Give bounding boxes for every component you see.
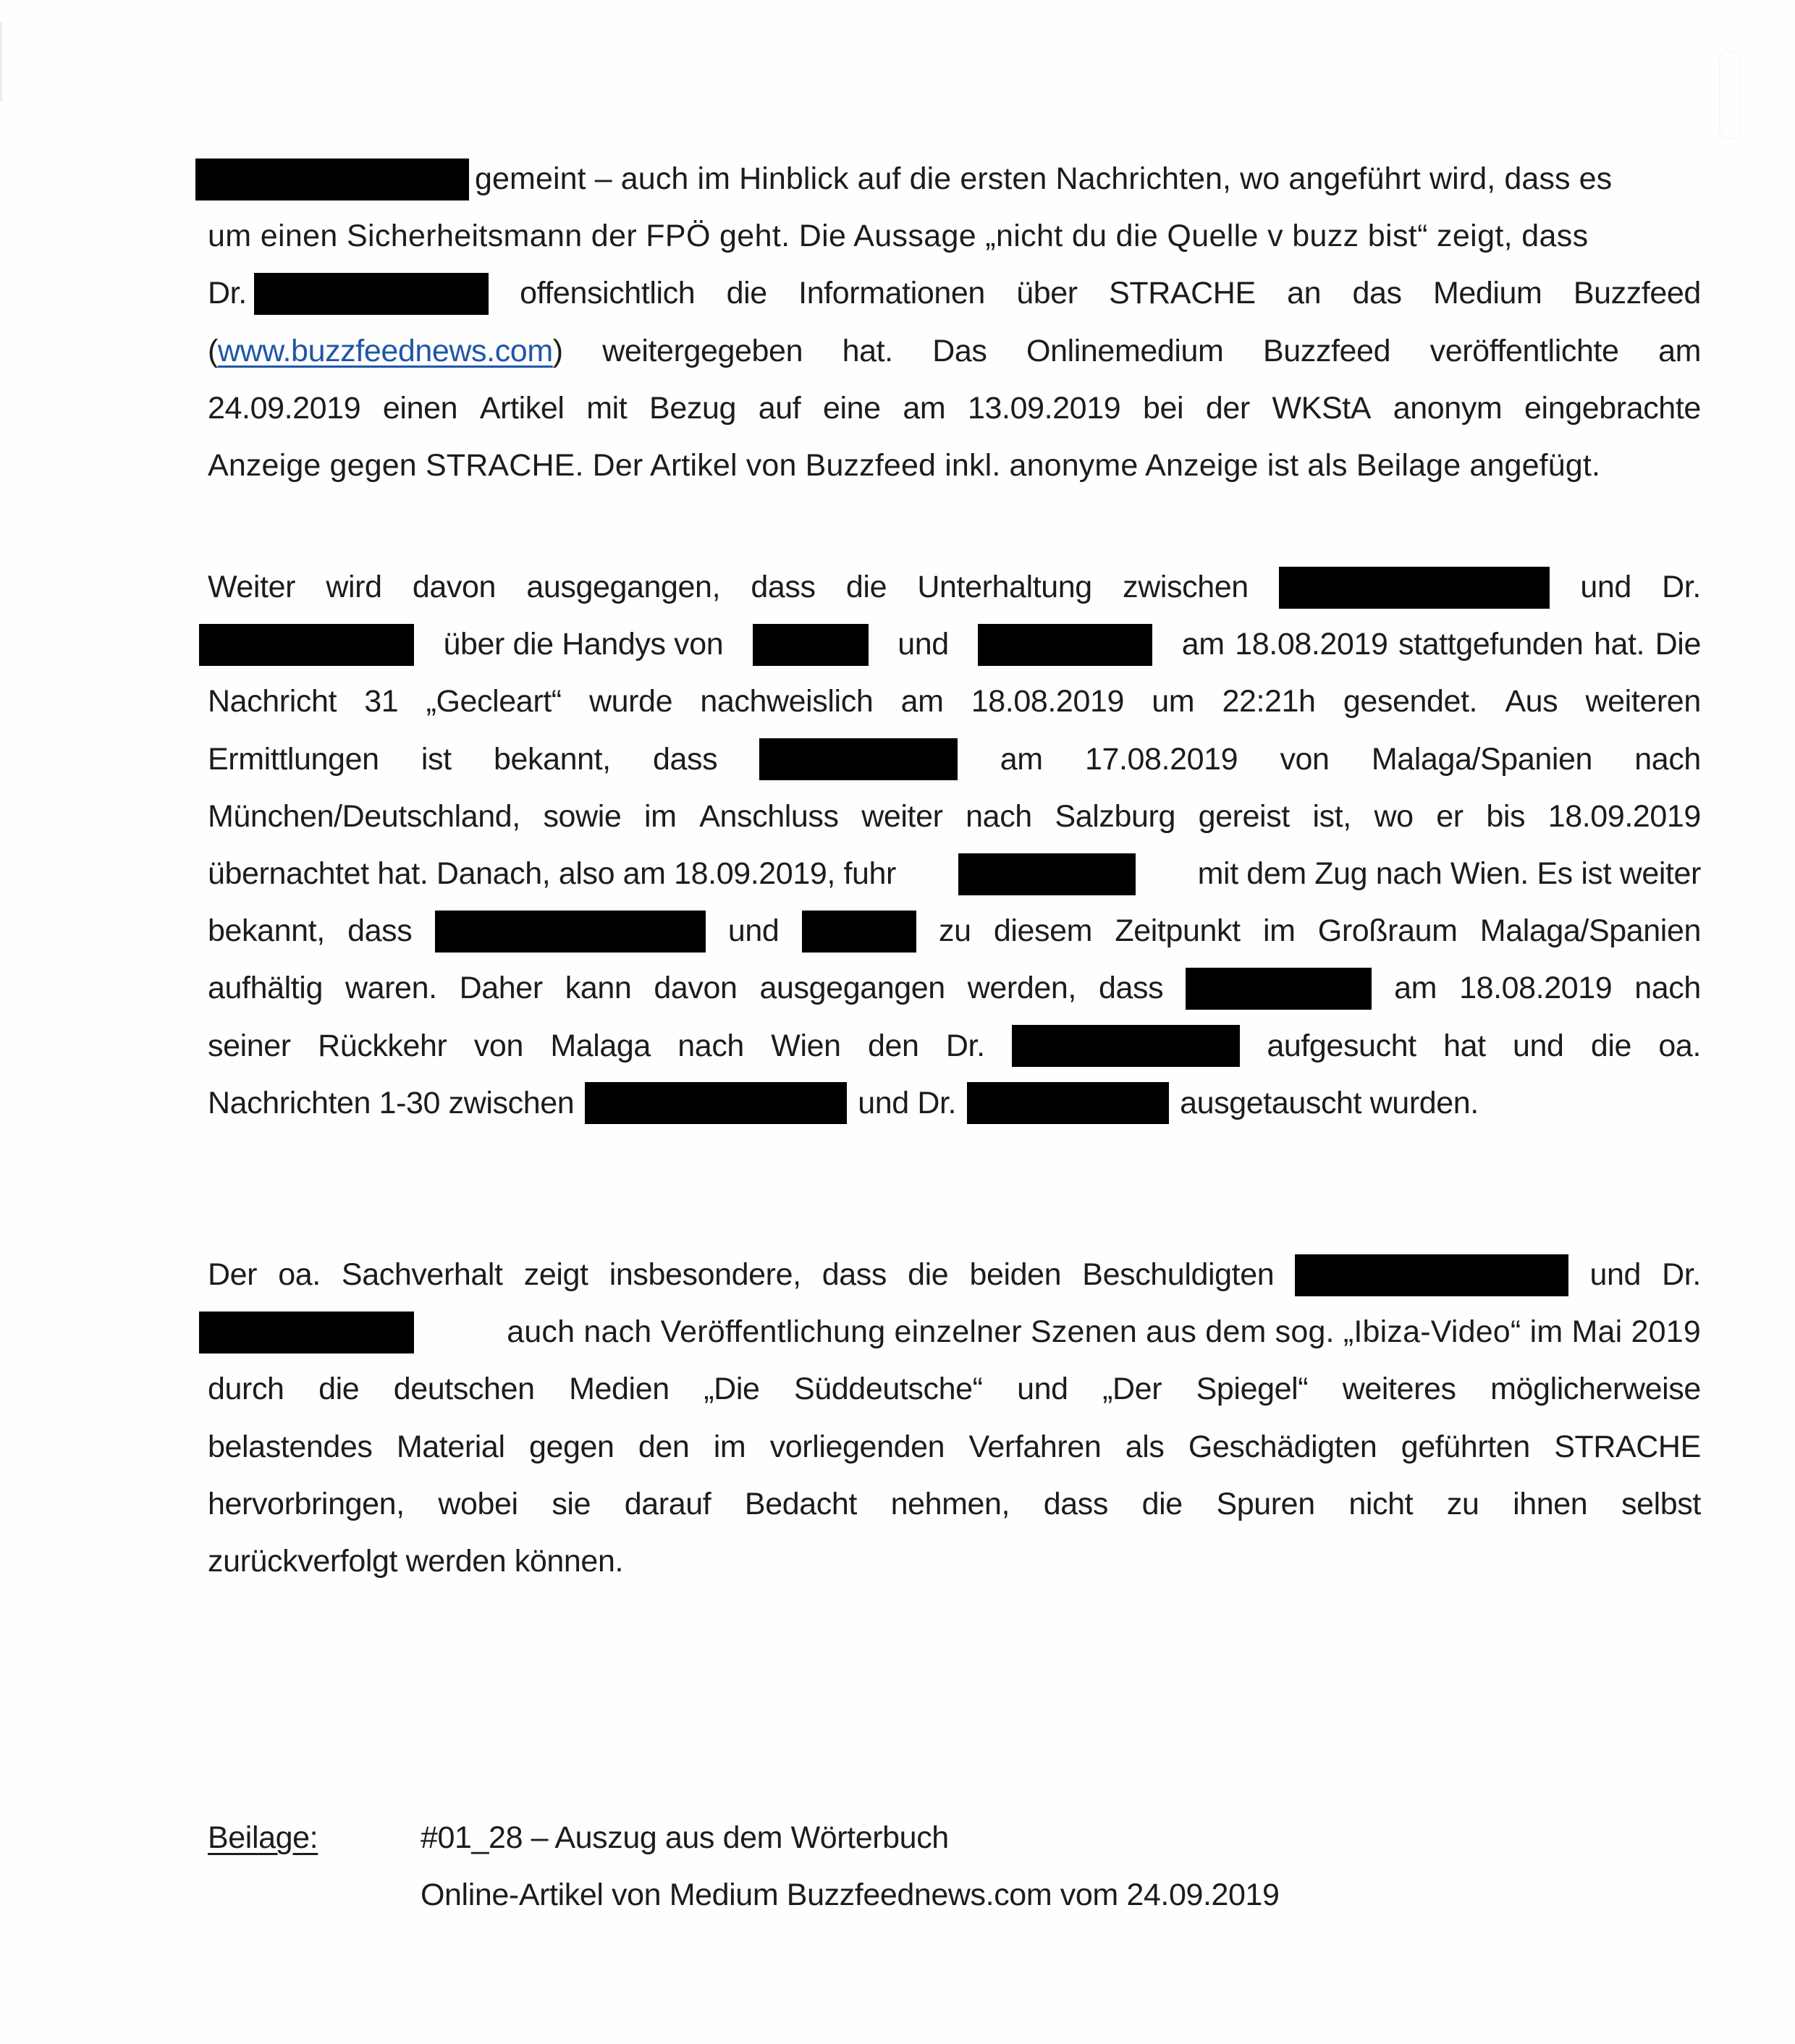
word: Buzzfeed <box>1263 323 1390 380</box>
word: Zeitpunkt <box>1115 903 1240 960</box>
word: Material <box>397 1419 505 1476</box>
word: Der <box>208 1246 257 1304</box>
word: Nachricht <box>208 673 337 730</box>
word: „Der <box>1102 1361 1162 1418</box>
word: ist <box>421 731 452 788</box>
redaction-box <box>958 853 1136 895</box>
word: ausgegangen, <box>526 559 720 616</box>
word: an <box>1287 265 1321 322</box>
word: beiden <box>969 1246 1061 1304</box>
word: veröffentlichte <box>1430 323 1619 380</box>
line-text: und Dr. <box>858 1075 956 1132</box>
word: 13.09.2019 <box>968 380 1120 437</box>
word: seiner <box>208 1018 291 1075</box>
word: oa. <box>278 1246 321 1304</box>
word: weiter <box>861 788 942 845</box>
line-text: Anzeige gegen STRACHE. Der Artikel von B… <box>208 437 1600 494</box>
word: ihnen <box>1513 1476 1587 1533</box>
word: „Die <box>704 1361 759 1418</box>
word: Spuren <box>1216 1476 1314 1533</box>
word: wobei <box>438 1476 518 1533</box>
word: davon <box>654 960 737 1017</box>
word: Malaga/Spanien <box>1480 903 1701 960</box>
word: ausgegangen <box>760 960 945 1017</box>
text-line: Nachricht 31 „Gecleart“ wurde nachweisli… <box>208 673 1701 730</box>
word: Onlinemedium <box>1026 323 1223 380</box>
attachment-item: #01_28 – Auszug aus dem Wörterbuch <box>421 1820 949 1856</box>
word: darauf <box>625 1476 711 1533</box>
paragraph-2: Weiter wird davon ausgegangen, dass die … <box>208 559 1701 1132</box>
redaction-box <box>435 911 706 953</box>
word: aufgesucht <box>1267 1018 1416 1075</box>
word: am <box>901 673 944 730</box>
word: als <box>1125 1419 1165 1476</box>
word: bekannt, <box>208 903 325 960</box>
word: 24.09.2019 <box>208 380 360 437</box>
word: offensichtlich <box>520 265 695 322</box>
word: zeigt <box>524 1246 588 1304</box>
text-line: Nachrichten 1-30 zwischen und Dr. ausget… <box>208 1075 1701 1132</box>
redaction-box <box>199 624 414 666</box>
word: deutschen <box>394 1361 535 1418</box>
word: Beschuldigten <box>1082 1246 1274 1304</box>
word: der <box>1206 380 1250 437</box>
word: nach <box>1634 960 1701 1017</box>
text-line: Dr. offensichtlich die Informationen übe… <box>208 265 1701 322</box>
word: im <box>714 1419 746 1476</box>
attachment-item: Online-Artikel von Medium Buzzfeednews.c… <box>421 1878 1280 1913</box>
word: von <box>474 1018 523 1075</box>
word: Malaga/Spanien <box>1372 731 1592 788</box>
word: 31 <box>364 673 398 730</box>
text-line: übernachtet hat. Danach, also am 18.09.2… <box>208 845 1701 903</box>
text-line: aufhältig waren. Daher kann davon ausgeg… <box>208 960 1701 1017</box>
word-group: Dr. <box>208 265 489 322</box>
word: am <box>1000 731 1043 788</box>
word: ist, <box>1312 788 1351 845</box>
word: München/Deutschland, <box>208 788 520 845</box>
redaction-box <box>978 624 1152 666</box>
word: Verfahren <box>968 1419 1101 1476</box>
word: insbesondere, <box>609 1246 801 1304</box>
word: möglicherweise <box>1490 1361 1701 1418</box>
redaction-box <box>254 273 489 315</box>
word: und <box>1580 559 1631 616</box>
line-text: mit dem Zug nach Wien. Es ist weiter <box>1198 845 1701 903</box>
word: eingebrachte <box>1524 380 1701 437</box>
text-line: seiner Rückkehr von Malaga nach Wien den… <box>208 1018 1701 1075</box>
text-line: durch die deutschen Medien „Die Süddeuts… <box>208 1361 1701 1418</box>
word: 18.08.2019 <box>971 673 1124 730</box>
word: weiteres <box>1343 1361 1456 1418</box>
word: diesem <box>994 903 1092 960</box>
paragraph-1: gemeint – auch im Hinblick auf die erste… <box>208 151 1701 494</box>
word: wo <box>1374 788 1413 845</box>
word: und <box>897 616 949 673</box>
word: gegen <box>529 1419 614 1476</box>
redaction-box <box>585 1082 847 1124</box>
line-text: Nachrichten 1-30 zwischen <box>208 1075 574 1132</box>
word: dass <box>347 903 412 960</box>
line-text: gemeint – auch im Hinblick auf die erste… <box>475 151 1612 208</box>
word: das <box>1352 265 1401 322</box>
word: weiteren <box>1586 673 1701 730</box>
word: dass <box>1099 960 1163 1017</box>
word: nach <box>1634 731 1701 788</box>
text-line: München/Deutschland, sowie im Anschluss … <box>208 788 1701 845</box>
word: werden, <box>968 960 1076 1017</box>
word: Salzburg <box>1055 788 1175 845</box>
redaction-box <box>1295 1254 1568 1296</box>
word: geführten <box>1401 1419 1530 1476</box>
word: bei <box>1143 380 1183 437</box>
word: am <box>903 380 945 437</box>
word: Süddeutsche“ <box>794 1361 983 1418</box>
word: gereist <box>1199 788 1290 845</box>
word: und <box>1017 1361 1068 1418</box>
word: weitergegeben <box>602 323 803 380</box>
word: zwischen <box>1123 559 1249 616</box>
line-text: am 18.08.2019 stattgefunden hat. Die <box>1182 616 1701 673</box>
word: Großraum <box>1318 903 1458 960</box>
word: Malaga <box>550 1018 651 1075</box>
text-line: Weiter wird davon ausgegangen, dass die … <box>208 559 1701 616</box>
word: am <box>1658 323 1701 380</box>
word: STRACHE <box>1109 265 1256 322</box>
word: Unterhaltung <box>917 559 1091 616</box>
word: gesendet. <box>1343 673 1477 730</box>
word: sie <box>552 1476 591 1533</box>
text-line: über die Handys von und am 18.08.2019 st… <box>208 616 1701 673</box>
line-text: um einen Sicherheitsmann der FPÖ geht. D… <box>208 208 1588 265</box>
word: 18.08.2019 <box>1459 960 1612 1017</box>
word: belastendes <box>208 1419 373 1476</box>
word: Bedacht <box>745 1476 857 1533</box>
word: Dr. <box>1662 559 1701 616</box>
text-line: gemeint – auch im Hinblick auf die erste… <box>208 151 1701 208</box>
word: kann <box>565 960 632 1017</box>
redaction-box <box>199 1312 414 1353</box>
redaction-box <box>802 911 916 953</box>
text-line: bekannt, dass und zu diesem Zeitpunkt im… <box>208 903 1701 960</box>
word: nach <box>966 788 1032 845</box>
word: bekannt, <box>494 731 611 788</box>
scan-edge-artifact <box>0 22 2 101</box>
word: durch <box>208 1361 284 1418</box>
word: Informationen <box>798 265 985 322</box>
word: Ermittlungen <box>208 731 379 788</box>
word: hervorbringen, <box>208 1476 405 1533</box>
word: Dr. <box>946 1018 985 1075</box>
word: über <box>1016 265 1077 322</box>
text-line: (www.buzzfeednews.com) weitergegeben hat… <box>208 323 1701 380</box>
word: „Gecleart“ <box>426 673 562 730</box>
word: Das <box>932 323 987 380</box>
attachments-label: Beilage: <box>208 1820 318 1856</box>
word: 18.09.2019 <box>1548 788 1701 845</box>
word: hat. <box>842 323 893 380</box>
text-line: zurückverfolgt werden können. <box>208 1533 1701 1590</box>
redaction-box <box>753 624 869 666</box>
word: er <box>1436 788 1463 845</box>
buzzfeednews-link[interactable]: www.buzzfeednews.com <box>218 334 553 368</box>
line-text: übernachtet hat. Danach, also am 18.09.2… <box>208 845 896 903</box>
word: den <box>868 1018 919 1075</box>
word: zu <box>1447 1476 1479 1533</box>
word: bis <box>1486 788 1525 845</box>
word: und <box>1589 1246 1641 1304</box>
line-text: auch nach Veröffentlichung einzelner Sze… <box>507 1304 1701 1361</box>
word: auf <box>759 380 801 437</box>
word: zu <box>939 903 971 960</box>
line-text: zurückverfolgt werden können. <box>208 1533 623 1590</box>
word: nach <box>677 1018 744 1075</box>
word: Medium <box>1433 265 1542 322</box>
text-line: Ermittlungen ist bekannt, dass am 17.08.… <box>208 731 1701 788</box>
word: 17.08.2019 <box>1085 731 1238 788</box>
word: im <box>1263 903 1296 960</box>
word: oa. <box>1658 1018 1701 1075</box>
word: Bezug <box>649 380 736 437</box>
scanned-document-page: gemeint – auch im Hinblick auf die erste… <box>0 0 1795 2044</box>
word: Rückkehr <box>318 1018 447 1075</box>
word: davon <box>413 559 496 616</box>
word: sowie <box>543 788 621 845</box>
word: dass <box>1044 1476 1108 1533</box>
word: Medien <box>569 1361 670 1418</box>
text-line: 24.09.2019 einen Artikel mit Bezug auf e… <box>208 380 1701 437</box>
word: WKStA <box>1272 380 1371 437</box>
word: vorliegenden <box>770 1419 945 1476</box>
word: von <box>1280 731 1329 788</box>
word: hat <box>1443 1018 1486 1075</box>
word: 22:21h <box>1222 673 1315 730</box>
redaction-box <box>1186 968 1372 1010</box>
word: den <box>638 1419 690 1476</box>
word: die <box>727 265 767 322</box>
word: wurde <box>589 673 672 730</box>
word: nachweislich <box>700 673 873 730</box>
redaction-box <box>759 738 958 780</box>
redaction-box <box>1012 1025 1240 1067</box>
word: und <box>1513 1018 1564 1075</box>
word: Daher <box>460 960 543 1017</box>
word: und <box>728 903 780 960</box>
redaction-box <box>967 1082 1169 1124</box>
word: nicht <box>1348 1476 1413 1533</box>
word: die <box>1142 1476 1183 1533</box>
paren: ) <box>553 334 563 368</box>
word: nehmen, <box>891 1476 1010 1533</box>
word: Sachverhalt <box>342 1246 503 1304</box>
word: waren. <box>345 960 437 1017</box>
word: Spiegel“ <box>1196 1361 1309 1418</box>
word: die <box>1591 1018 1631 1075</box>
word: selbst <box>1621 1476 1701 1533</box>
word: Anschluss <box>699 788 838 845</box>
text-line: hervorbringen, wobei sie darauf Bedacht … <box>208 1476 1701 1533</box>
word: Aus <box>1505 673 1558 730</box>
redaction-box <box>1279 567 1550 609</box>
word: einen <box>383 380 457 437</box>
paragraph-3: Der oa. Sachverhalt zeigt insbesondere, … <box>208 1246 1701 1590</box>
line-text: ausgetauscht wurden. <box>1180 1075 1479 1132</box>
word: STRACHE <box>1554 1419 1701 1476</box>
word: im <box>644 788 677 845</box>
word-group: (www.buzzfeednews.com) <box>208 323 563 380</box>
text-line: auch nach Veröffentlichung einzelner Sze… <box>208 1304 1701 1361</box>
word: Dr. <box>208 265 247 322</box>
word: um <box>1152 673 1194 730</box>
text-line: Anzeige gegen STRACHE. Der Artikel von B… <box>208 437 1701 494</box>
text-line: belastendes Material gegen den im vorlie… <box>208 1419 1701 1476</box>
word: Wien <box>771 1018 840 1075</box>
word: dass <box>653 731 717 788</box>
word: Buzzfeed <box>1574 265 1701 322</box>
word: Artikel <box>480 380 565 437</box>
word: die <box>846 559 887 616</box>
word: am <box>1394 960 1437 1017</box>
word: Geschädigten <box>1188 1419 1377 1476</box>
line-text: über die Handys von <box>443 616 723 673</box>
word: wird <box>326 559 381 616</box>
word: dass <box>822 1246 887 1304</box>
word: Weiter <box>208 559 295 616</box>
word: Dr. <box>1662 1246 1701 1304</box>
redaction-box <box>195 159 469 200</box>
text-line: um einen Sicherheitsmann der FPÖ geht. D… <box>208 208 1701 265</box>
scan-mark-artifact <box>1719 51 1741 139</box>
word: eine <box>823 380 881 437</box>
word: anonym <box>1393 380 1503 437</box>
text-line: Der oa. Sachverhalt zeigt insbesondere, … <box>208 1246 1701 1304</box>
word: mit <box>586 380 627 437</box>
word: aufhältig <box>208 960 323 1017</box>
paren: ( <box>208 334 218 368</box>
word: dass <box>751 559 815 616</box>
word: die <box>908 1246 948 1304</box>
word: die <box>318 1361 359 1418</box>
